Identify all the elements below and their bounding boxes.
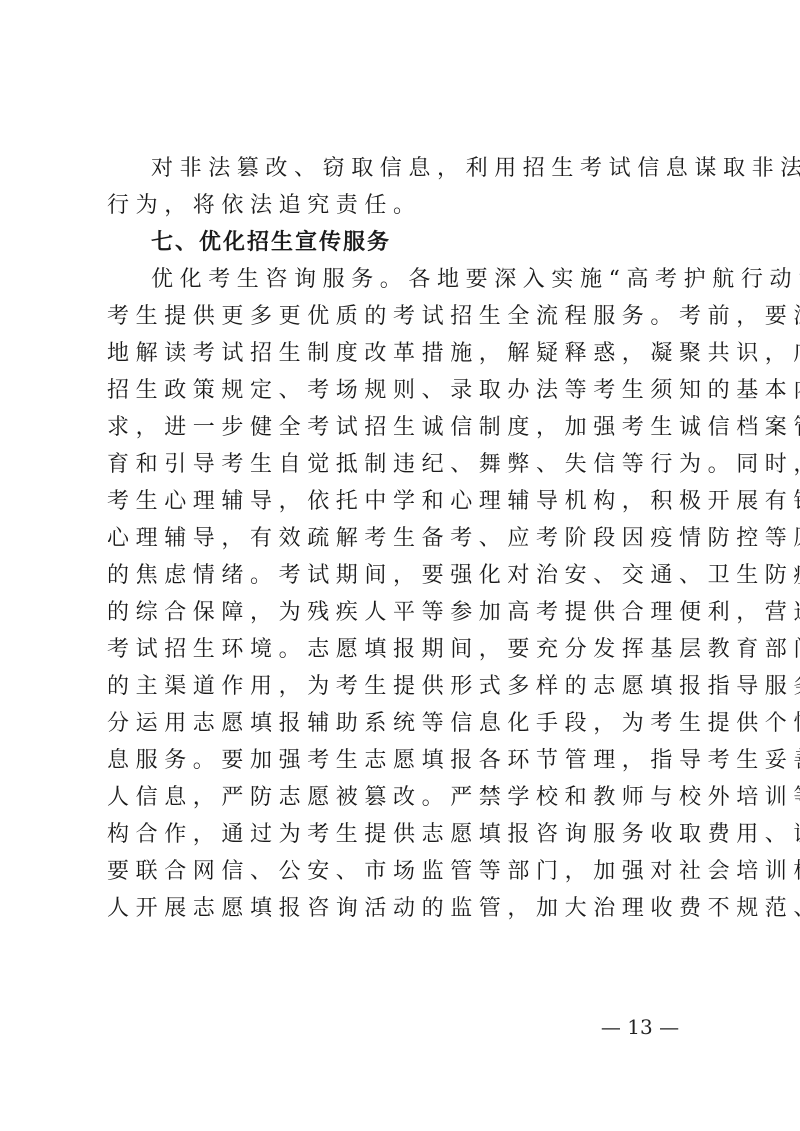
document-page: 对非法篡改、窃取信息，利用招生考试信息谋取非法利益等 行为，将依法追究责任。 七… xyxy=(0,0,800,1131)
paragraph-line: 对非法篡改、窃取信息，利用招生考试信息谋取非法利益等 xyxy=(107,150,713,187)
paragraph-line: 息服务。要加强考生志愿填报各环节管理，指导考生妥善保管个 xyxy=(107,742,713,779)
paragraph-line: 育和引导考生自觉抵制违纪、舞弊、失信等行为。同时，要加强 xyxy=(107,446,713,483)
paragraph-line: 地解读考试招生制度改革措施，解疑释惑，凝聚共识，广泛宣传 xyxy=(107,335,713,372)
paragraph-line: 考生提供更多更优质的考试招生全流程服务。考前，要深入细致 xyxy=(107,298,713,335)
paragraph-line: 考生心理辅导，依托中学和心理辅导机构，积极开展有针对性的 xyxy=(107,483,713,520)
paragraph-line: 构合作，通过为考生提供志愿填报咨询服务收取费用、谋取利益。 xyxy=(107,816,713,853)
paragraph-line: 行为，将依法追究责任。 xyxy=(107,187,713,224)
document-body: 对非法篡改、窃取信息，利用招生考试信息谋取非法利益等 行为，将依法追究责任。 七… xyxy=(107,150,713,927)
paragraph-line: 心理辅导，有效疏解考生备考、应考阶段因疫情防控等原因引发 xyxy=(107,520,713,557)
paragraph-line: 优化考生咨询服务。各地要深入实施“高考护航行动”，为 xyxy=(107,261,713,298)
paragraph-line: 招生政策规定、考场规则、录取办法等考生须知的基本内容和要 xyxy=(107,372,713,409)
paragraph-line: 的主渠道作用，为考生提供形式多样的志愿填报指导服务。要充 xyxy=(107,668,713,705)
paragraph-line: 的焦虑情绪。考试期间，要强化对治安、交通、卫生防疫等方面 xyxy=(107,557,713,594)
paragraph-line: 要联合网信、公安、市场监管等部门，加强对社会培训机构或个 xyxy=(107,853,713,890)
paragraph-line: 的综合保障，为残疾人平等参加高考提供合理便利，营造温馨的 xyxy=(107,594,713,631)
paragraph-line: 考试招生环境。志愿填报期间，要充分发挥基层教育部门和中学 xyxy=(107,631,713,668)
paragraph-line: 人信息，严防志愿被篡改。严禁学校和教师与校外培训等社会机 xyxy=(107,779,713,816)
section-heading: 七、优化招生宣传服务 xyxy=(107,224,713,261)
paragraph-line: 分运用志愿填报辅助系统等信息化手段，为考生提供个性化的信 xyxy=(107,705,713,742)
paragraph-line: 人开展志愿填报咨询活动的监管，加大治理收费不规范、价格欺 xyxy=(107,890,713,927)
paragraph-line: 求，进一步健全考试招生诚信制度，加强考生诚信档案管理，教 xyxy=(107,409,713,446)
page-number: — 13 — xyxy=(600,1012,680,1042)
